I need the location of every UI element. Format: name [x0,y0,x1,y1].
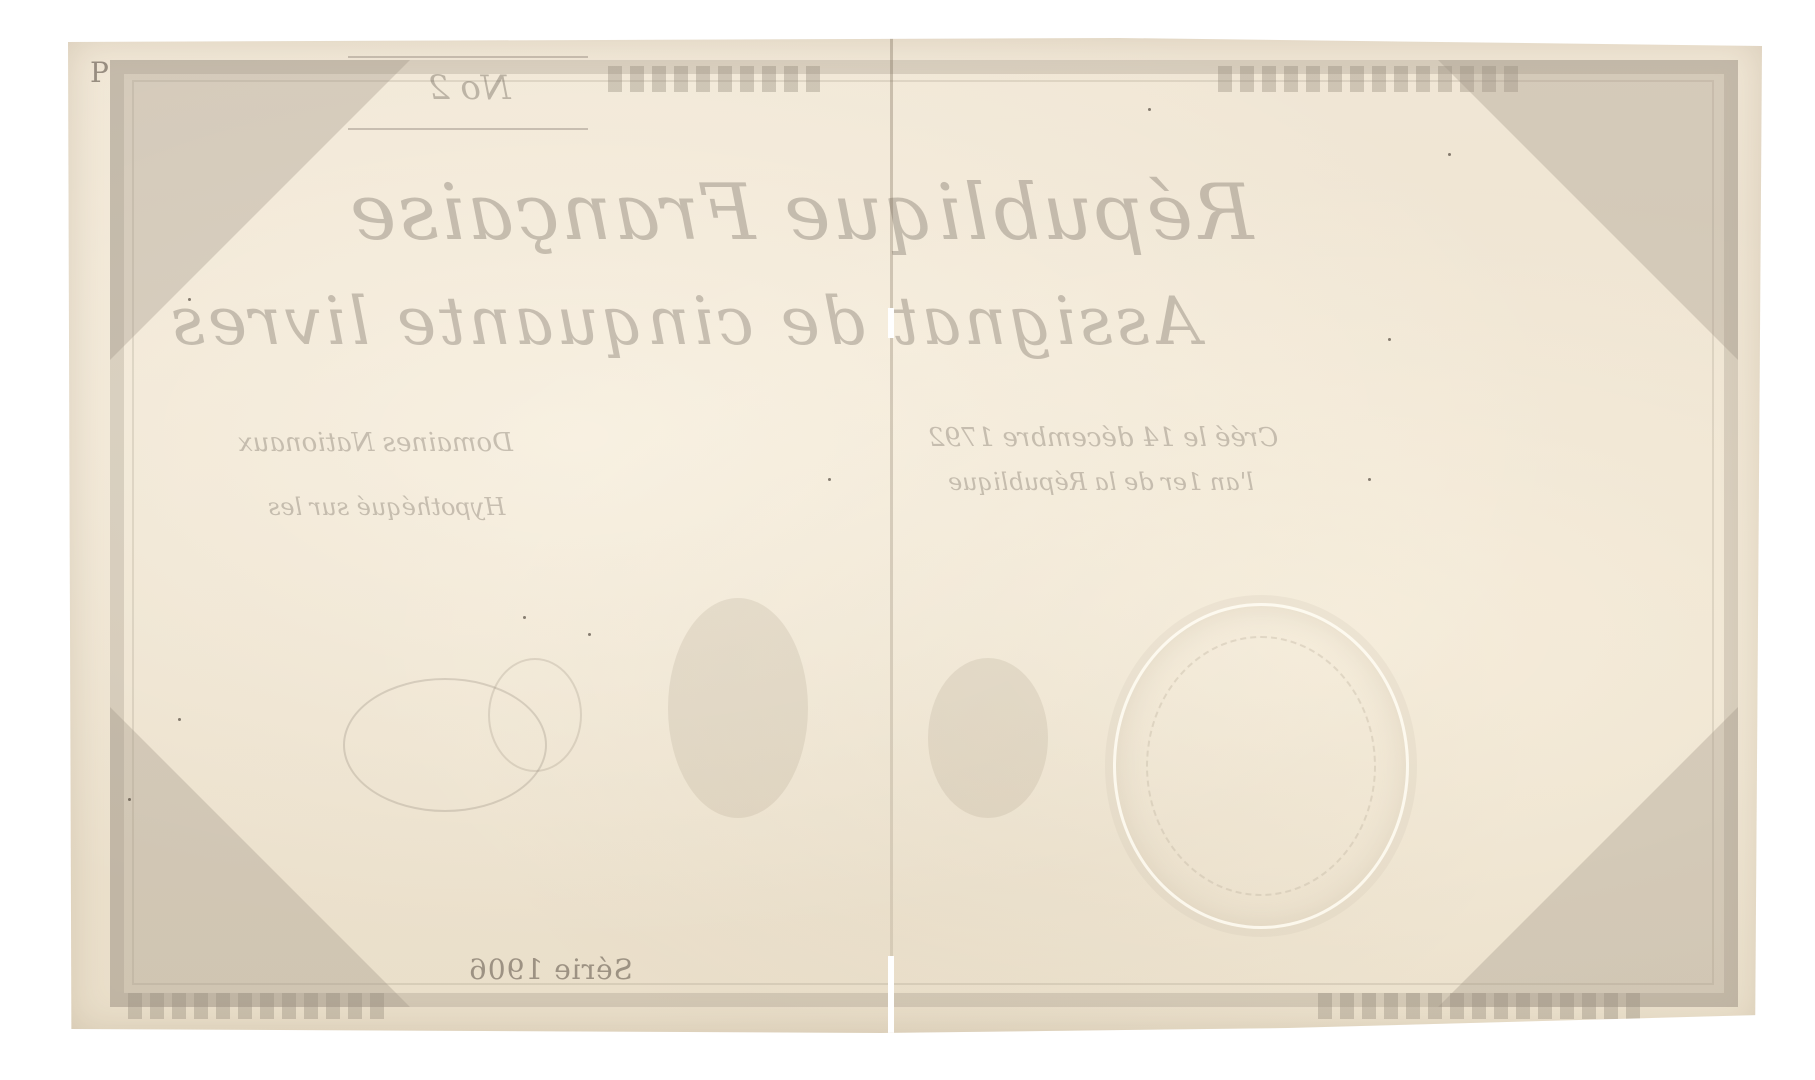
speck [1148,108,1151,111]
mirrored-value-line: Assignat de cinquante livres [168,283,1200,360]
speck [588,633,591,636]
mirrored-date-line: Créé le 14 décembre 1792 [928,423,1278,453]
tear-bottom [888,956,894,1033]
speck [523,616,526,619]
speck [1388,338,1391,341]
stain [928,658,1048,818]
mirrored-series-line: l'an 1er de la République [948,468,1254,496]
speck [1368,478,1371,481]
center-fold [890,38,893,1033]
seal-inner-ring [1146,636,1376,896]
speck [828,478,831,481]
greek-key-border-top-left [608,66,828,92]
note-number: No 2 [428,68,511,108]
speck [1448,153,1451,156]
stain [668,598,808,818]
mirrored-left-line-1: Domaines Nationaux [238,428,513,458]
embossed-seal [1113,603,1409,929]
speck [188,298,191,301]
mirrored-left-line-2: Hypothéqué sur les [268,493,505,521]
banknote: No 2 P République Française Assignat de … [68,38,1762,1033]
speck [128,798,131,801]
mirrored-title: République Française [348,168,1253,258]
handwritten-mark: P [90,56,109,89]
speck [178,718,181,721]
serial-number: Série 1906 [468,953,633,986]
oval-stamp-secondary [488,658,582,772]
tear-top [888,308,894,338]
